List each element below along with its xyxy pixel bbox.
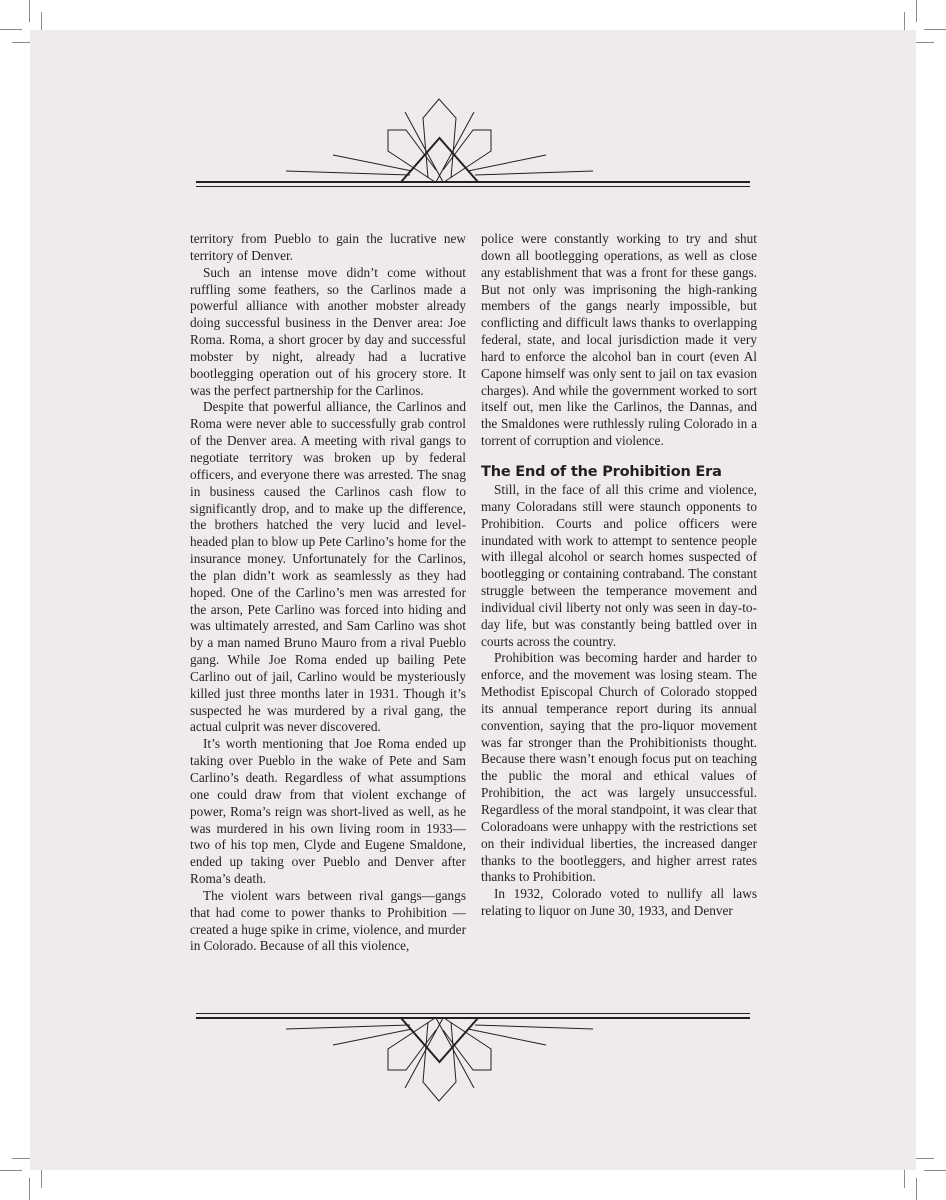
- crop-mark: [29, 0, 30, 22]
- body-paragraph: Prohibition was becoming harder and hard…: [481, 650, 757, 886]
- art-deco-header-ornament: [0, 90, 946, 210]
- crop-mark: [29, 1178, 30, 1200]
- body-paragraph: police were constantly working to try an…: [481, 231, 757, 450]
- body-paragraph: Still, in the face of all this crime and…: [481, 482, 757, 650]
- crop-mark: [0, 1170, 22, 1171]
- body-paragraph: It’s worth mentioning that Joe Roma ende…: [190, 736, 466, 888]
- section-heading: The End of the Prohibition Era: [481, 463, 757, 481]
- crop-mark: [0, 29, 22, 30]
- left-text-column: territory from Pueblo to gain the lucrat…: [190, 231, 466, 955]
- body-paragraph: In 1932, Colorado voted to nullify all l…: [481, 886, 757, 920]
- crop-mark: [924, 29, 946, 30]
- body-paragraph: Despite that powerful alliance, the Carl…: [190, 399, 466, 736]
- crop-mark: [924, 1170, 946, 1171]
- body-paragraph: The violent wars between rival gangs—gan…: [190, 888, 466, 955]
- crop-mark: [916, 1178, 917, 1200]
- right-text-column: police were constantly working to try an…: [481, 231, 757, 920]
- art-deco-footer-ornament: [0, 1000, 946, 1120]
- body-paragraph: Such an intense move didn’t come without…: [190, 265, 466, 400]
- body-paragraph: territory from Pueblo to gain the lucrat…: [190, 231, 466, 265]
- crop-mark: [916, 0, 917, 22]
